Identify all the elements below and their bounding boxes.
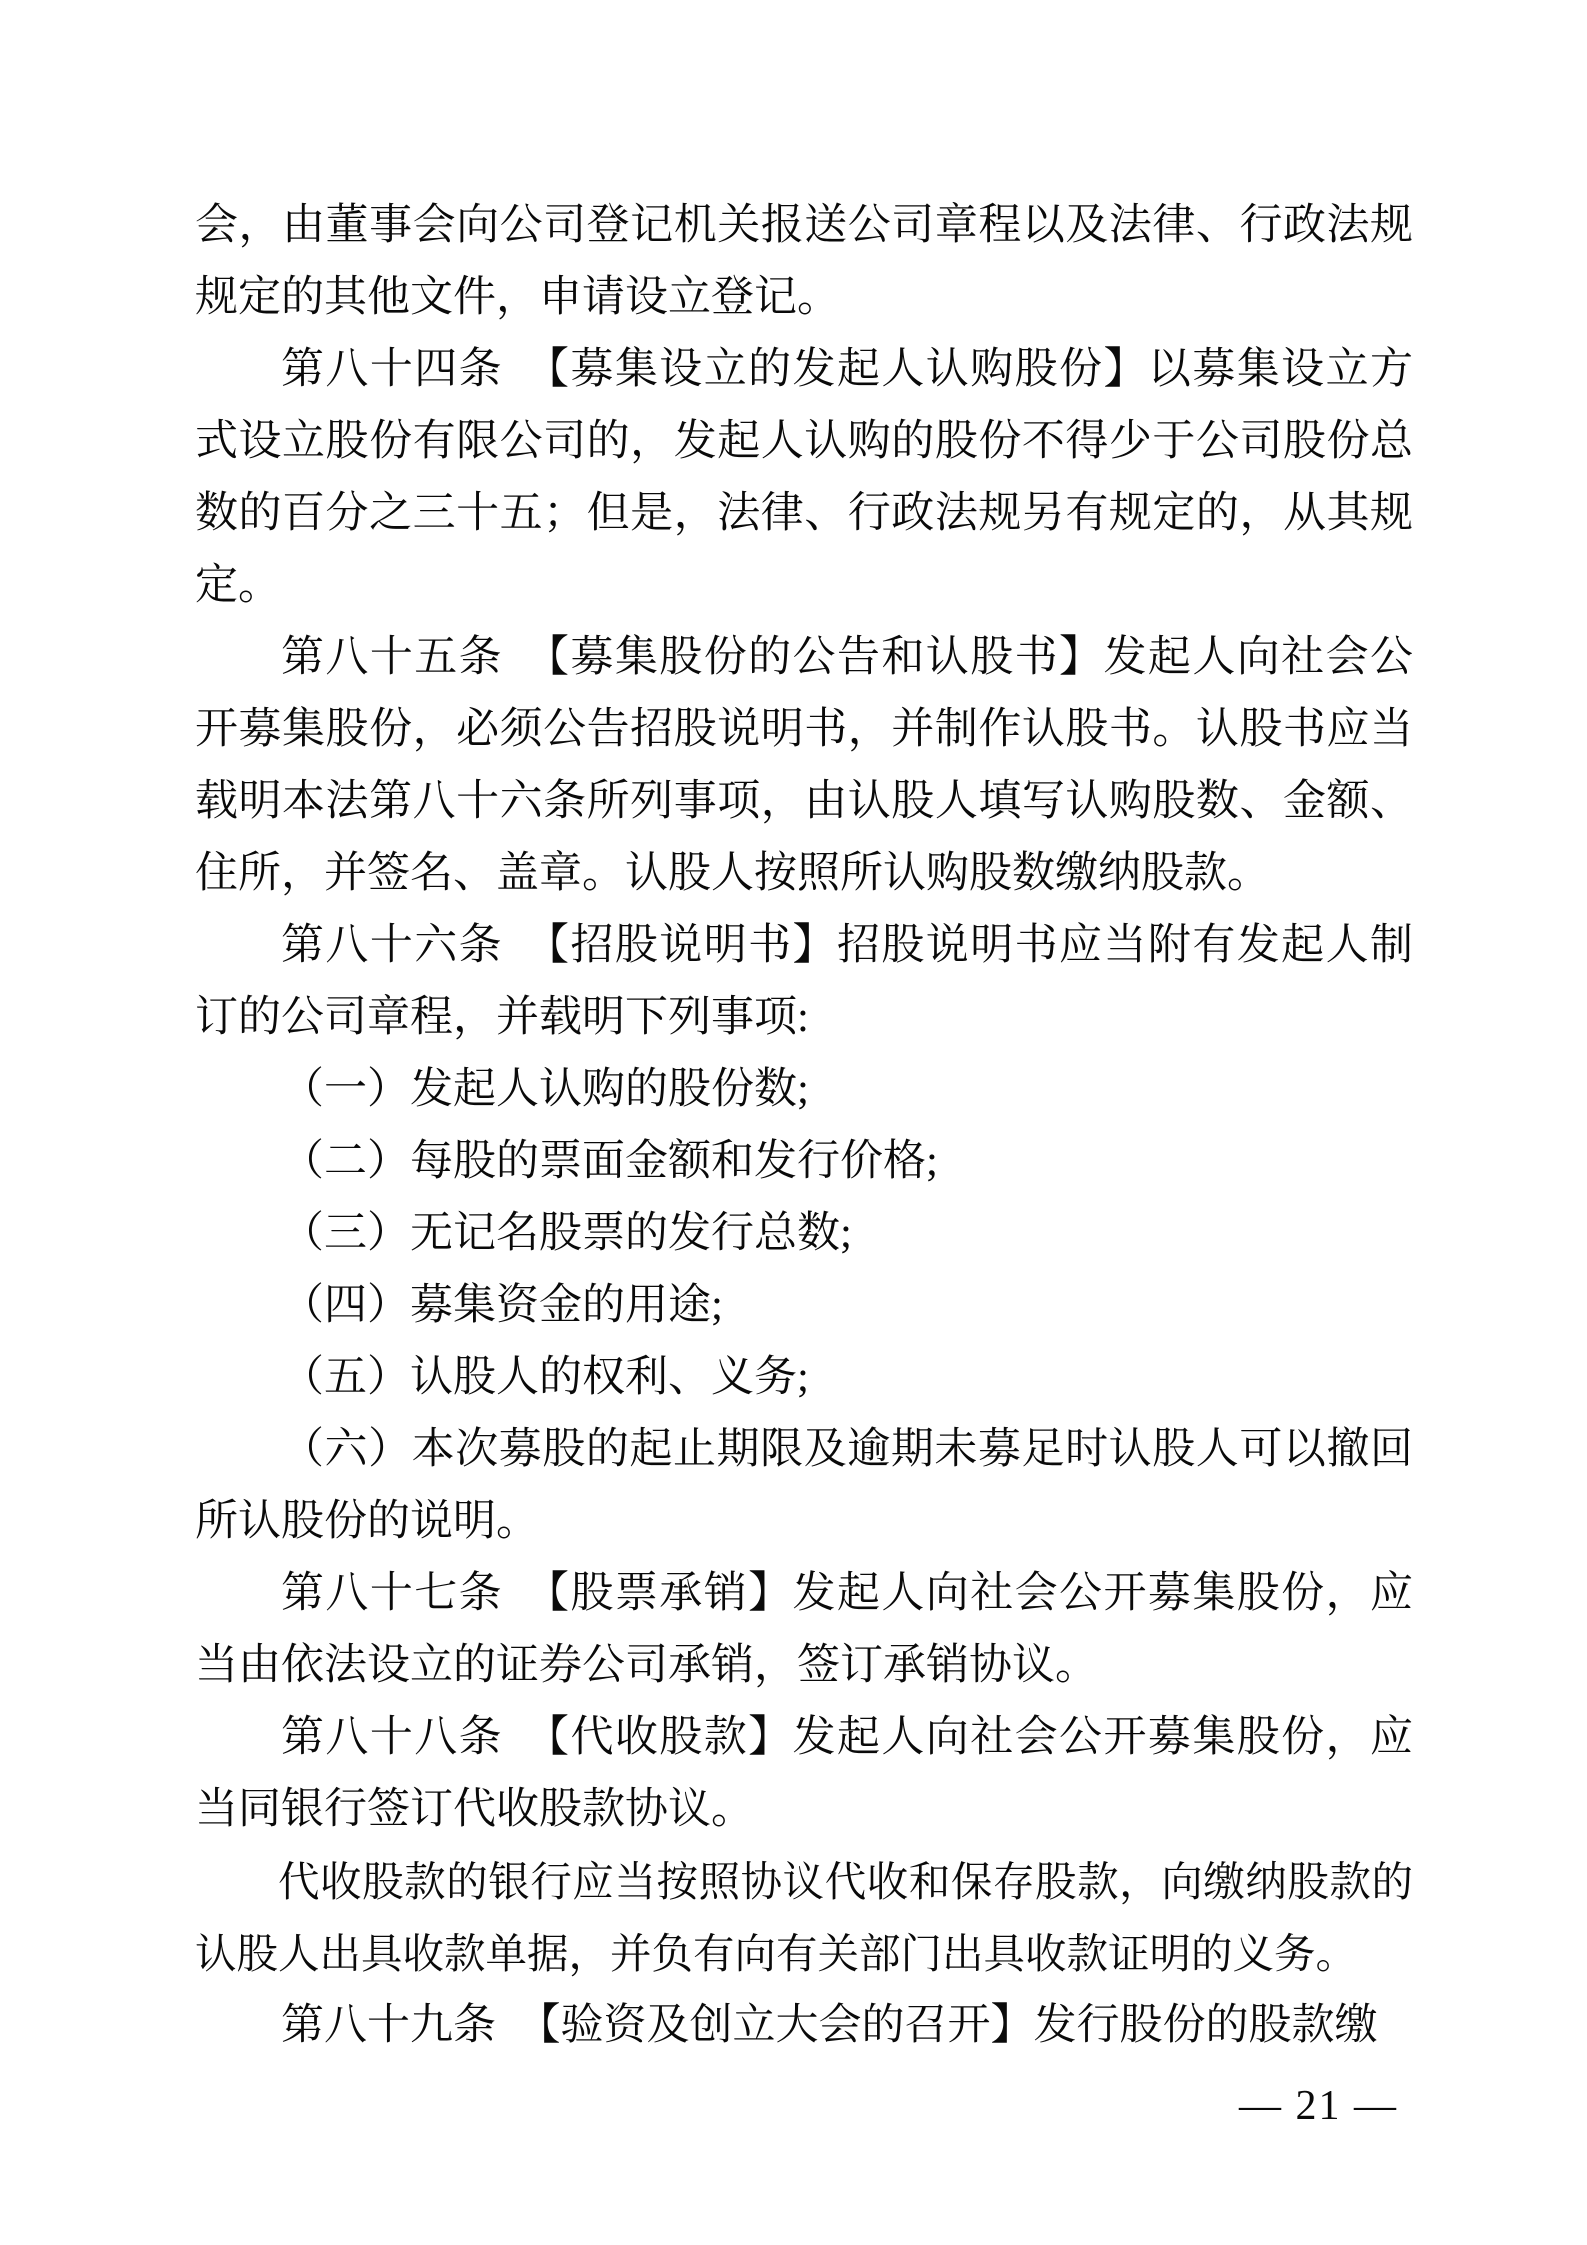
- paragraph: 第八十八条 【代收股款】发起人向社会公开募集股份，应当同银行签订代收股款协议。: [195, 1702, 1413, 1846]
- document-body: 会，由董事会向公司登记机关报送公司章程以及法律、行政法规规定的其他文件，申请设立…: [195, 190, 1413, 2062]
- paragraph: （一）发起人认购的股份数;: [195, 1054, 1413, 1126]
- paragraph: 第八十五条 【募集股份的公告和认股书】发起人向社会公开募集股份，必须公告招股说明…: [195, 622, 1413, 910]
- paragraph: （三）无记名股票的发行总数;: [195, 1198, 1413, 1270]
- paragraph: 第八十四条 【募集设立的发起人认购股份】以募集设立方式设立股份有限公司的，发起人…: [195, 334, 1413, 622]
- paragraph: 会，由董事会向公司登记机关报送公司章程以及法律、行政法规规定的其他文件，申请设立…: [195, 190, 1413, 334]
- paragraph: （四）募集资金的用途;: [195, 1270, 1413, 1342]
- page-number: — 21 —: [1239, 2082, 1398, 2130]
- paragraph: （五）认股人的权利、义务;: [195, 1342, 1413, 1414]
- paragraph: 代收股款的银行应当按照协议代收和保存股款，向缴纳股款的认股人出具收款单据，并负有…: [195, 1846, 1413, 1990]
- paragraph: 第八十六条 【招股说明书】招股说明书应当附有发起人制订的公司章程，并载明下列事项…: [195, 910, 1413, 1054]
- paragraph: 第八十七条 【股票承销】发起人向社会公开募集股份，应当由依法设立的证券公司承销，…: [195, 1558, 1413, 1702]
- paragraph: 第八十九条 【验资及创立大会的召开】发行股份的股款缴: [195, 1990, 1413, 2062]
- paragraph: （六）本次募股的起止期限及逾期未募足时认股人可以撤回所认股份的说明。: [195, 1414, 1413, 1558]
- paragraph: （二）每股的票面金额和发行价格;: [195, 1126, 1413, 1198]
- document-page: 会，由董事会向公司登记机关报送公司章程以及法律、行政法规规定的其他文件，申请设立…: [0, 0, 1587, 2245]
